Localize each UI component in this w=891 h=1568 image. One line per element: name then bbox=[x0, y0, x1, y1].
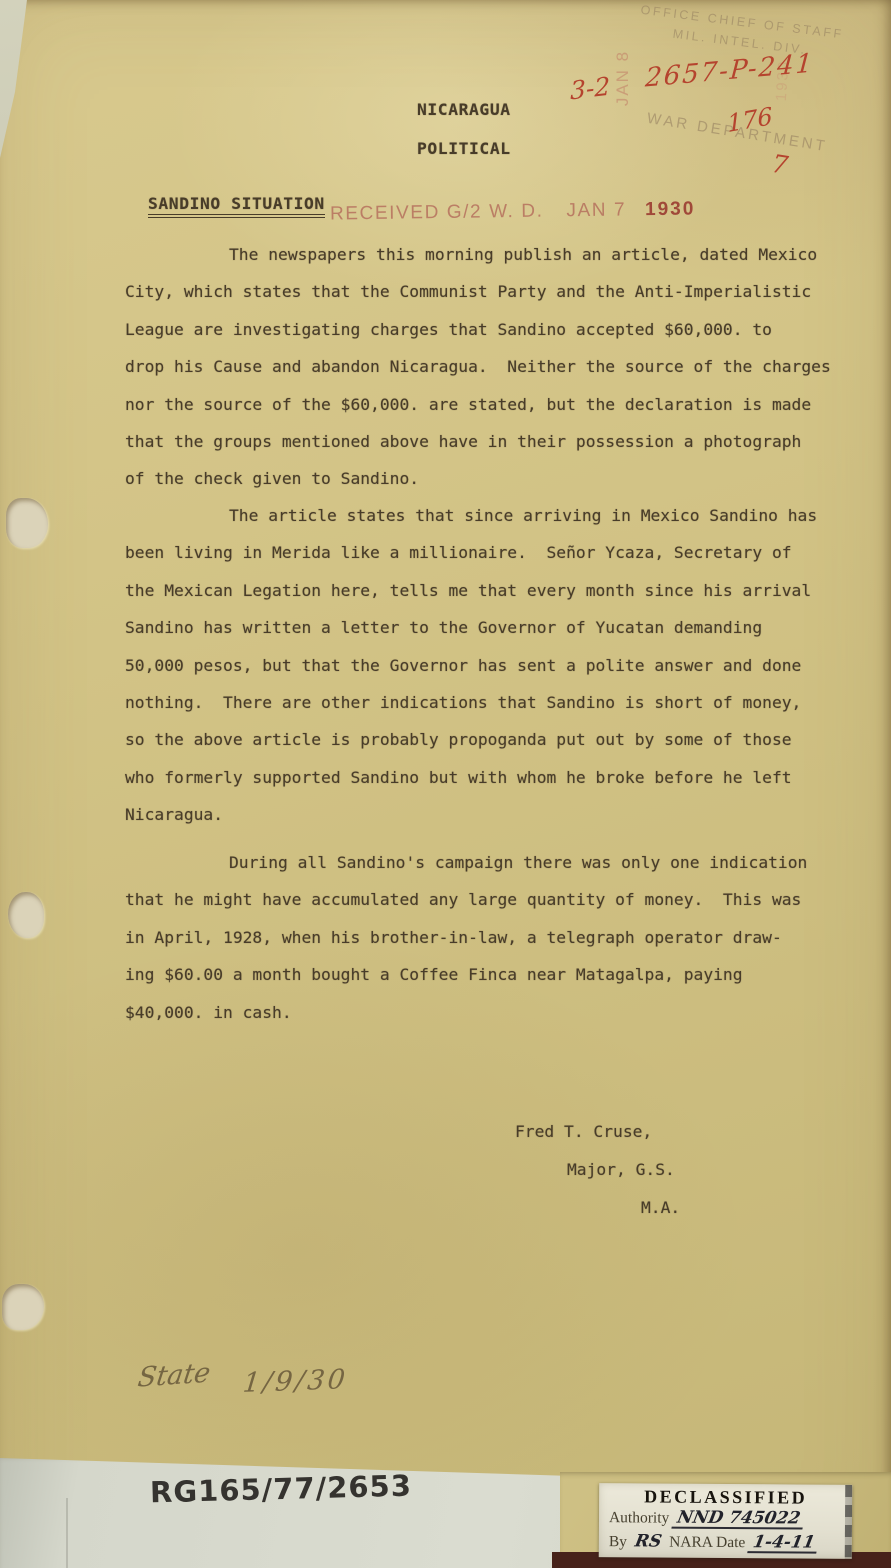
jan-8-date-stamp: JAN 8 bbox=[613, 40, 633, 116]
signature-name: Fred T. Cruse, bbox=[515, 1122, 652, 1141]
paragraph-3: During all Sandino's campaign there was … bbox=[125, 844, 862, 1031]
received-stamp-year: 1930 bbox=[645, 198, 696, 220]
declassified-authority-row: Authority NND 745022 bbox=[609, 1509, 804, 1529]
record-group-reference: RG165/77/2653 bbox=[150, 1469, 413, 1510]
declassified-title: DECLASSIFIED bbox=[599, 1486, 852, 1509]
country-header: NICARAGUA bbox=[417, 100, 511, 119]
punch-hole-middle bbox=[8, 892, 44, 938]
authority-value: NND 745022 bbox=[672, 1511, 806, 1530]
nara-date-label: NARA Date bbox=[669, 1534, 745, 1552]
subject-heading-text: SANDINO SITUATION bbox=[148, 194, 325, 218]
pencil-date-note: 1/9/30 bbox=[241, 1364, 349, 1399]
received-stamp-text: RECEIVED G/2 W. D. bbox=[330, 201, 544, 225]
document-photo: OFFICE CHIEF OF STAFF MIL. INTEL. DIV. J… bbox=[0, 0, 891, 1568]
punch-hole-top bbox=[6, 498, 48, 548]
signature-rank: Major, G.S. bbox=[567, 1160, 675, 1179]
authority-label: Authority bbox=[609, 1509, 669, 1526]
pencil-agency-note: State bbox=[136, 1357, 213, 1393]
by-label: By bbox=[609, 1533, 627, 1550]
subject-heading: SANDINO SITUATION bbox=[148, 194, 325, 218]
declassified-slip: DECLASSIFIED Authority NND 745022 By RS … bbox=[599, 1483, 853, 1559]
received-stamp-date: JAN 7 bbox=[566, 199, 626, 221]
signature-branch: M.A. bbox=[641, 1198, 680, 1217]
nara-date-value: 1-4-11 bbox=[748, 1535, 821, 1553]
red-classification-number: 3-2 bbox=[570, 71, 610, 105]
paragraph-2: The article states that since arriving i… bbox=[125, 497, 862, 834]
by-value: RS bbox=[629, 1534, 666, 1550]
declassified-by-row: By RS NARA Date 1-4-11 bbox=[609, 1533, 819, 1553]
backing-card-edge bbox=[66, 1498, 68, 1568]
paragraph-1: The newspapers this morning publish an a… bbox=[125, 236, 862, 498]
category-header: POLITICAL bbox=[417, 139, 511, 158]
